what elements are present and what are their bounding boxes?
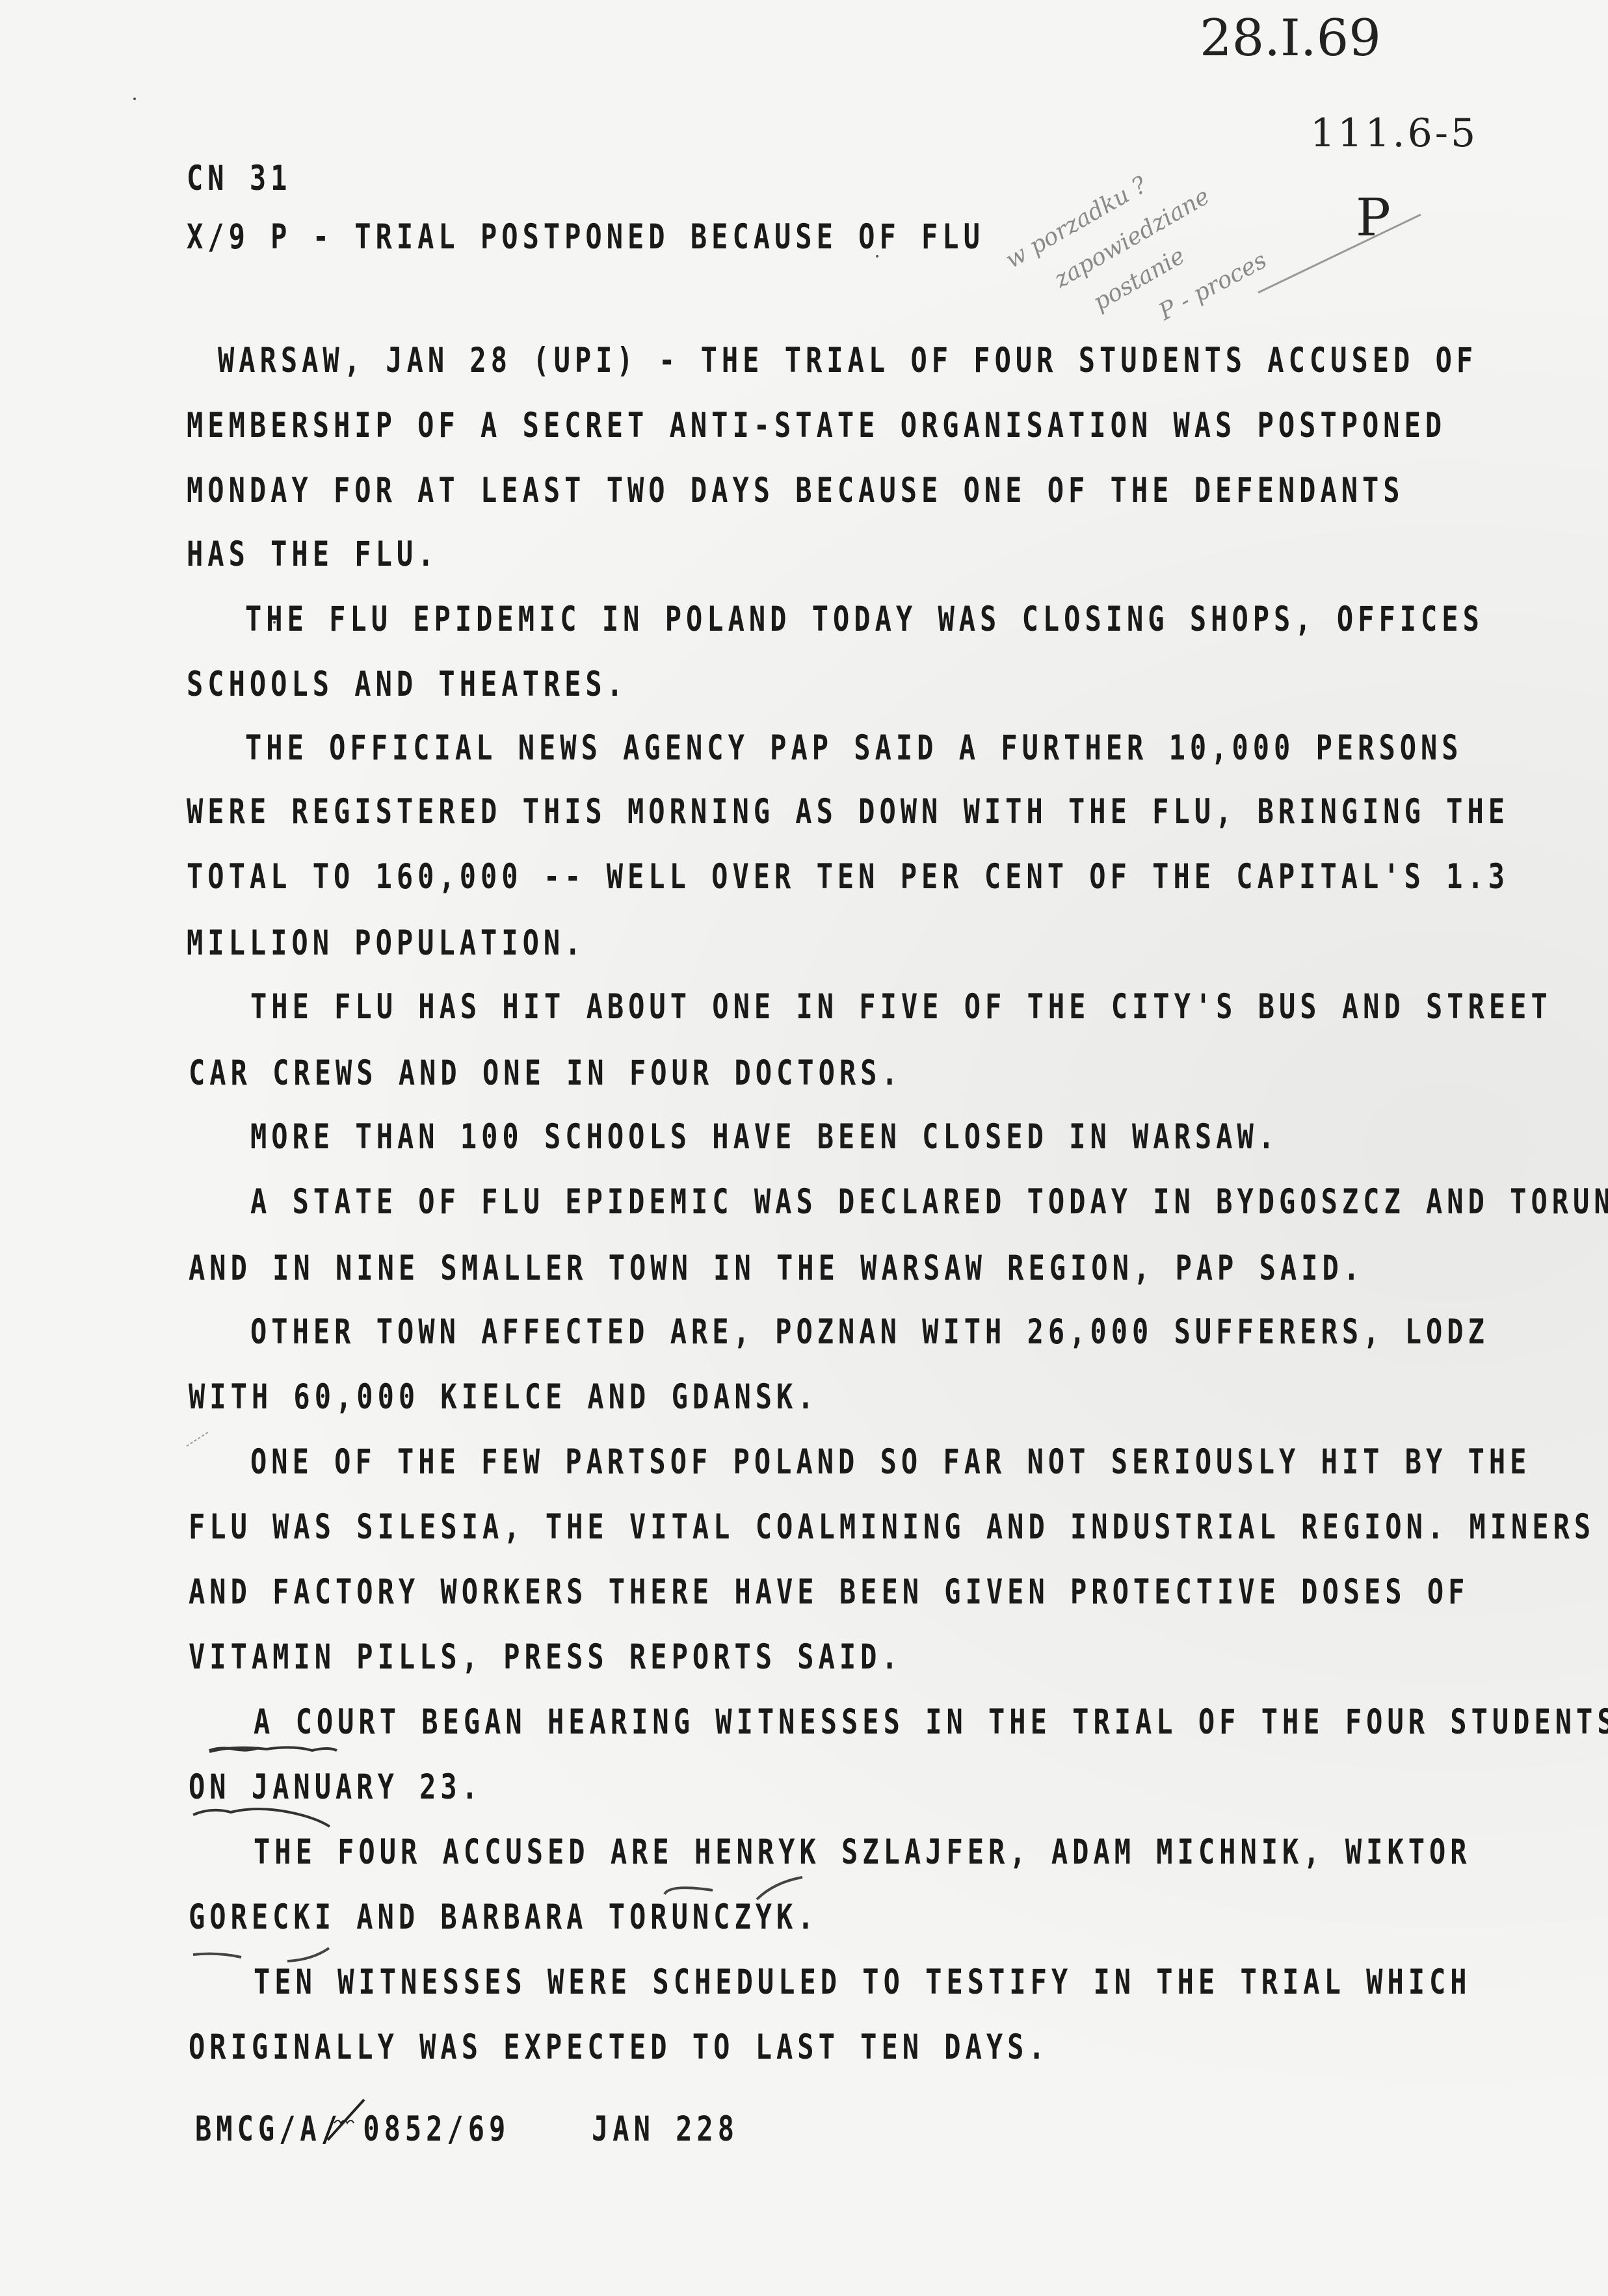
body-line: ON JANUARY 23.: [189, 1770, 482, 1804]
body-line: CAR CREWS AND ONE IN FOUR DOCTORS.: [189, 1056, 903, 1090]
wire-dateline: JAN 228: [592, 2112, 739, 2146]
handwritten-file-code: 111.6-5: [1310, 114, 1478, 153]
body-line: MORE THAN 100 SCHOOLS HAVE BEEN CLOSED I…: [250, 1120, 1279, 1154]
speck: [133, 98, 136, 100]
mark-michnik: [754, 1876, 806, 1902]
body-line: WERE REGISTERED THIS MORNING AS DOWN WIT…: [187, 795, 1509, 829]
body-line: WITH 60,000 KIELCE AND GDANSK.: [189, 1380, 819, 1414]
body-line: ONE OF THE FEW PARTSOF POLAND SO FAR NOT…: [250, 1445, 1531, 1479]
handwritten-date-stamp: 28.I.69: [1200, 13, 1381, 64]
body-line: HAS THE FLU.: [187, 537, 438, 572]
body-line: SCHOOLS AND THEATRES.: [187, 667, 627, 702]
body-line: AND FACTORY WORKERS THERE HAVE BEEN GIVE…: [189, 1575, 1469, 1609]
body-line: ORIGINALLY WAS EXPECTED TO LAST TEN DAYS…: [189, 2030, 1049, 2065]
message-slug: X/9 P - TRIAL POSTPONED BECAUSE OF FLU: [187, 220, 984, 254]
pencil-underline: [1255, 211, 1424, 296]
body-line: THE FOUR ACCUSED ARE HENRYK SZLAJFER, AD…: [254, 1835, 1471, 1869]
underline-january-23: [192, 1804, 335, 1830]
body-line: THE FLU HAS HIT ABOUT ONE IN FIVE OF THE…: [250, 990, 1552, 1024]
body-line: FLU WAS SILESIA, THE VITAL COALMINING AN…: [189, 1510, 1595, 1544]
body-line: MONDAY FOR AT LEAST TWO DAYS BECAUSE ONE…: [187, 473, 1404, 508]
mark-szlajfer: [663, 1882, 715, 1897]
body-line: TOTAL TO 160,000 -- WELL OVER TEN PER CE…: [187, 860, 1509, 894]
speck: [273, 621, 276, 624]
body-line: A COURT BEGAN HEARING WITNESSES IN THE T…: [254, 1705, 1608, 1739]
body-line: WARSAW, JAN 28 (UPI) - THE TRIAL OF FOUR…: [218, 343, 1477, 378]
stray-pencil-mark: [185, 1429, 211, 1449]
underline-court-began: [208, 1743, 338, 1758]
body-line: MEMBERSHIP OF A SECRET ANTI-STATE ORGANI…: [187, 408, 1446, 443]
body-line: A STATE OF FLU EPIDEMIC WAS DECLARED TOD…: [250, 1185, 1608, 1219]
body-line: AND IN NINE SMALLER TOWN IN THE WARSAW R…: [189, 1251, 1364, 1286]
body-line: MILLION POPULATION.: [187, 926, 585, 960]
body-line: OTHER TOWN AFFECTED ARE, POZNAN WITH 26,…: [250, 1315, 1489, 1349]
body-line: THE OFFICIAL NEWS AGENCY PAP SAID A FURT…: [245, 731, 1463, 765]
mark-torunczyk: [286, 1944, 332, 1964]
body-line: GORECKI AND BARBARA TORUNCZYK.: [189, 1900, 819, 1934]
body-line: THE FLU EPIDEMIC IN POLAND TODAY WAS CLO…: [245, 602, 1484, 637]
pencil-note: w porzadku ? zapowiedziane postanie P - …: [1011, 150, 1466, 332]
mark-gorecki: [192, 1951, 244, 1960]
body-line: VITAMIN PILLS, PRESS REPORTS SAID.: [189, 1640, 903, 1674]
body-line: TEN WITNESSES WERE SCHEDULED TO TESTIFY …: [254, 1965, 1471, 1999]
handwritten-initials: [325, 2097, 371, 2143]
message-code: CN 31: [187, 161, 291, 196]
speck: [876, 255, 878, 257]
